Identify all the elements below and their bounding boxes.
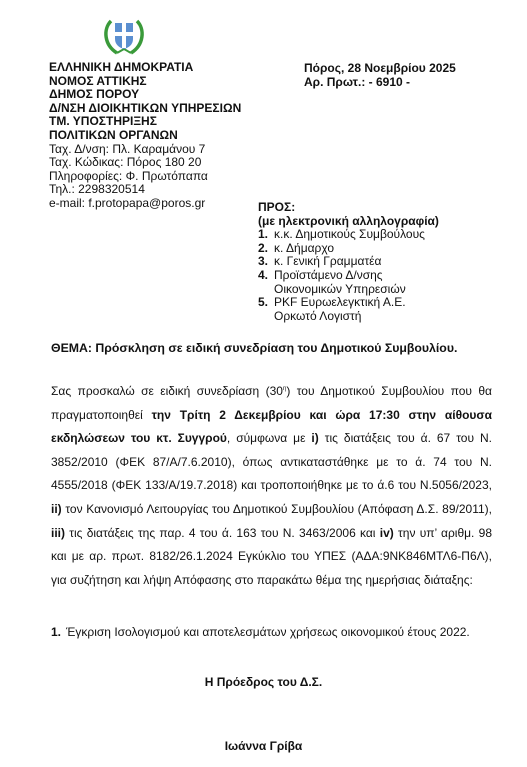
item-number: 4. <box>258 269 274 296</box>
item-marker: i) <box>311 431 318 445</box>
list-item: 3. κ. Γενική Γραμματέα <box>258 255 439 269</box>
body-text: τον Κανονισμό Λειτουργίας του Δημοτικού … <box>62 502 492 516</box>
recipients-list: 1. κ.κ. Δημοτικούς Συμβούλους 2. κ. Δήμα… <box>258 228 439 323</box>
item-text: PKF Ευρωελεγκτική Α.Ε. Ορκωτό Λογιστή <box>274 296 406 323</box>
contact-person-line: Πληροφορίες: Φ. Πρωτόπαπα <box>49 170 241 184</box>
document-date: Πόρος, 28 Νοεμβρίου 2025 <box>304 61 456 75</box>
item-marker: iv) <box>380 526 394 540</box>
document-meta: Πόρος, 28 Νοεμβρίου 2025 Αρ. Πρωτ.: - 69… <box>304 61 456 89</box>
item-line: PKF Ευρωελεγκτική Α.Ε. <box>274 296 406 310</box>
item-number: 3. <box>258 255 274 269</box>
protocol-number: Αρ. Πρωτ.: - 6910 - <box>304 75 456 89</box>
signature-name: Ιωάννα Γρίβα <box>0 739 527 753</box>
sender-line: Δ/ΝΣΗ ΔΙΟΙΚΗΤΙΚΩΝ ΥΠΗΡΕΣΙΩΝ <box>49 102 241 116</box>
item-line: Προϊστάμενο Δ/νσης <box>274 269 406 283</box>
sender-line: ΤΜ. ΥΠΟΣΤΗΡΙΞΗΣ <box>49 115 241 129</box>
body-text: τις διατάξεις της παρ. 4 του ά. 163 του … <box>65 526 380 540</box>
item-text: κ. Δήμαρχο <box>274 242 334 256</box>
agenda-list: 1. Έγκριση Ισολογισμού και αποτελεσμάτων… <box>51 622 492 643</box>
agenda-item: 1. Έγκριση Ισολογισμού και αποτελεσμάτων… <box>51 622 492 643</box>
sender-block: ΕΛΛΗΝΙΚΗ ΔΗΜΟΚΡΑΤΙΑ ΝΟΜΟΣ ΑΤΤΙΚΗΣ ΔΗΜΟΣ … <box>49 61 241 211</box>
item-line: Οικονομικών Υπηρεσιών <box>274 283 406 297</box>
item-marker: iii) <box>51 526 65 540</box>
signature-title: Η Πρόεδρος του Δ.Σ. <box>0 675 527 689</box>
recipients-block: ΠΡΟΣ: (με ηλεκτρονική αλληλογραφία) 1. κ… <box>258 201 439 323</box>
greek-coat-of-arms-icon <box>101 13 147 59</box>
body-text: Σας προσκαλώ σε ειδική συνεδρίαση (30 <box>51 384 283 398</box>
list-item: 4. Προϊστάμενο Δ/νσης Οικονομικών Υπηρεσ… <box>258 269 439 296</box>
postal-code-line: Ταχ. Κώδικας: Πόρος 180 20 <box>49 156 241 170</box>
sender-line: ΕΛΛΗΝΙΚΗ ΔΗΜΟΚΡΑΤΙΑ <box>49 61 241 75</box>
list-item: 2. κ. Δήμαρχο <box>258 242 439 256</box>
item-number: 2. <box>258 242 274 256</box>
recipients-title: ΠΡΟΣ: <box>258 201 439 215</box>
item-number: 1. <box>258 228 274 242</box>
body-text: , σύμφωνα με <box>227 431 312 445</box>
subject-line: ΘΕΜΑ: Πρόσκληση σε ειδική συνεδρίαση του… <box>51 341 457 355</box>
sender-line: ΠΟΛΙΤΙΚΩΝ ΟΡΓΑΝΩΝ <box>49 129 241 143</box>
list-item: 5. PKF Ευρωελεγκτική Α.Ε. Ορκωτό Λογιστή <box>258 296 439 323</box>
item-text: κ. Γενική Γραμματέα <box>274 255 381 269</box>
agenda-text: Έγκριση Ισολογισμού και αποτελεσμάτων χρ… <box>66 622 492 643</box>
agenda-number: 1. <box>51 622 66 643</box>
item-line: Ορκωτό Λογιστή <box>274 310 406 324</box>
recipients-subtitle: (με ηλεκτρονική αλληλογραφία) <box>258 215 439 229</box>
sender-line: ΔΗΜΟΣ ΠΟΡΟΥ <box>49 88 241 102</box>
item-text: κ.κ. Δημοτικούς Συμβούλους <box>274 228 425 242</box>
phone-line: Τηλ.: 2298320514 <box>49 183 241 197</box>
address-line: Ταχ. Δ/νση: Πλ. Καραμάνου 7 <box>49 143 241 157</box>
item-number: 5. <box>258 296 274 323</box>
body-paragraph: Σας προσκαλώ σε ειδική συνεδρίαση (30η) … <box>51 378 492 592</box>
sender-line: ΝΟΜΟΣ ΑΤΤΙΚΗΣ <box>49 75 241 89</box>
item-marker: ii) <box>51 502 62 516</box>
item-text: Προϊστάμενο Δ/νσης Οικονομικών Υπηρεσιών <box>274 269 406 296</box>
email-line: e-mail: f.protopapa@poros.gr <box>49 197 241 211</box>
list-item: 1. κ.κ. Δημοτικούς Συμβούλους <box>258 228 439 242</box>
